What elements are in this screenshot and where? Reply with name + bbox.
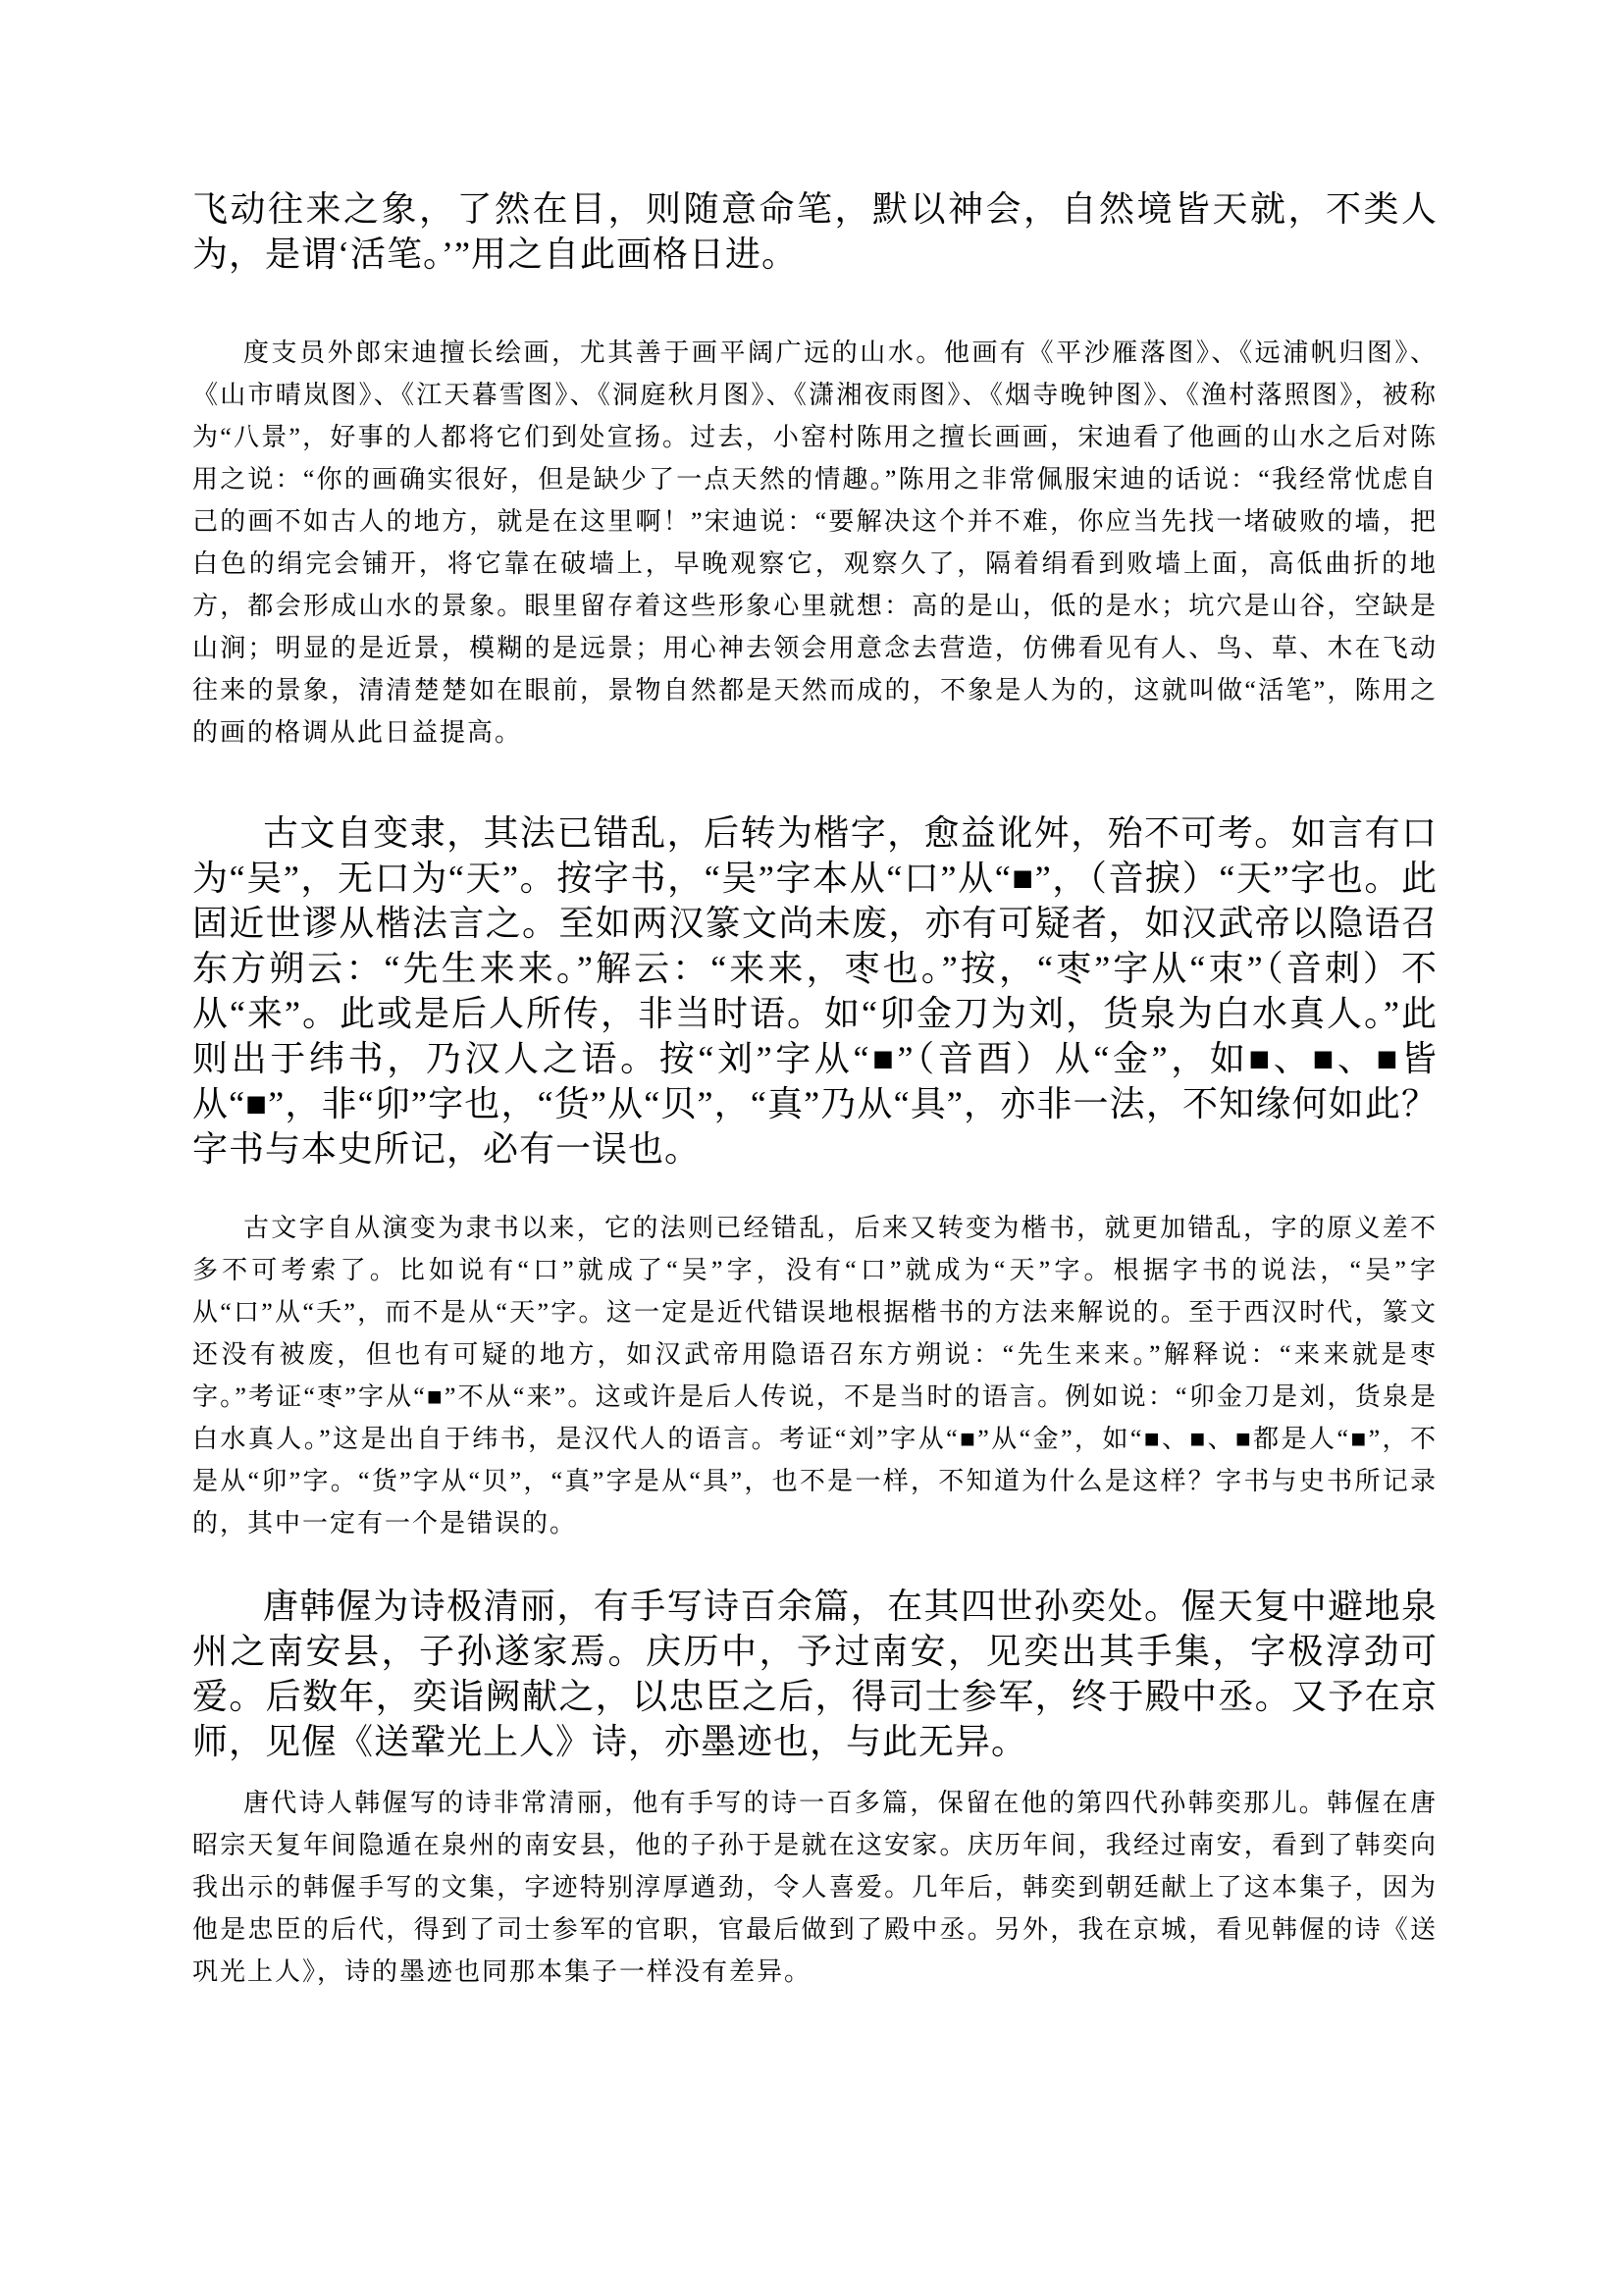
classical-paragraph-continuation: 飞动往来之象，了然在目，则随意命笔，默以神会，自然境皆天就，不类人为，是谓‘活笔… (192, 186, 1438, 277)
classical-paragraph-2: 古文自变隶，其法已错乱，后转为楷字，愈益讹舛，殆不可考。如言有口为“吴”，无口为… (192, 810, 1438, 1172)
document-page: 飞动往来之象，了然在目，则随意命笔，默以神会，自然境皆天就，不类人为，是谓‘活笔… (0, 0, 1624, 2294)
translation-paragraph-1: 度支员外郎宋迪擅长绘画，尤其善于画平阔广远的山水。他画有《平沙雁落图》、《远浦帆… (192, 332, 1438, 754)
document-content: 飞动往来之象，了然在目，则随意命笔，默以神会，自然境皆天就，不类人为，是谓‘活笔… (0, 0, 1624, 1993)
classical-paragraph-3: 唐韩偓为诗极清丽，有手写诗百余篇，在其四世孙奕处。偓天复中避地泉州之南安县，子孙… (192, 1584, 1438, 1764)
translation-paragraph-3: 唐代诗人韩偓写的诗非常清丽，他有手写的诗一百多篇，保留在他的第四代孙韩奕那儿。韩… (192, 1782, 1438, 1993)
translation-paragraph-2: 古文字自从演变为隶书以来，它的法则已经错乱，后来又转变为楷书，就更加错乱，字的原… (192, 1207, 1438, 1544)
